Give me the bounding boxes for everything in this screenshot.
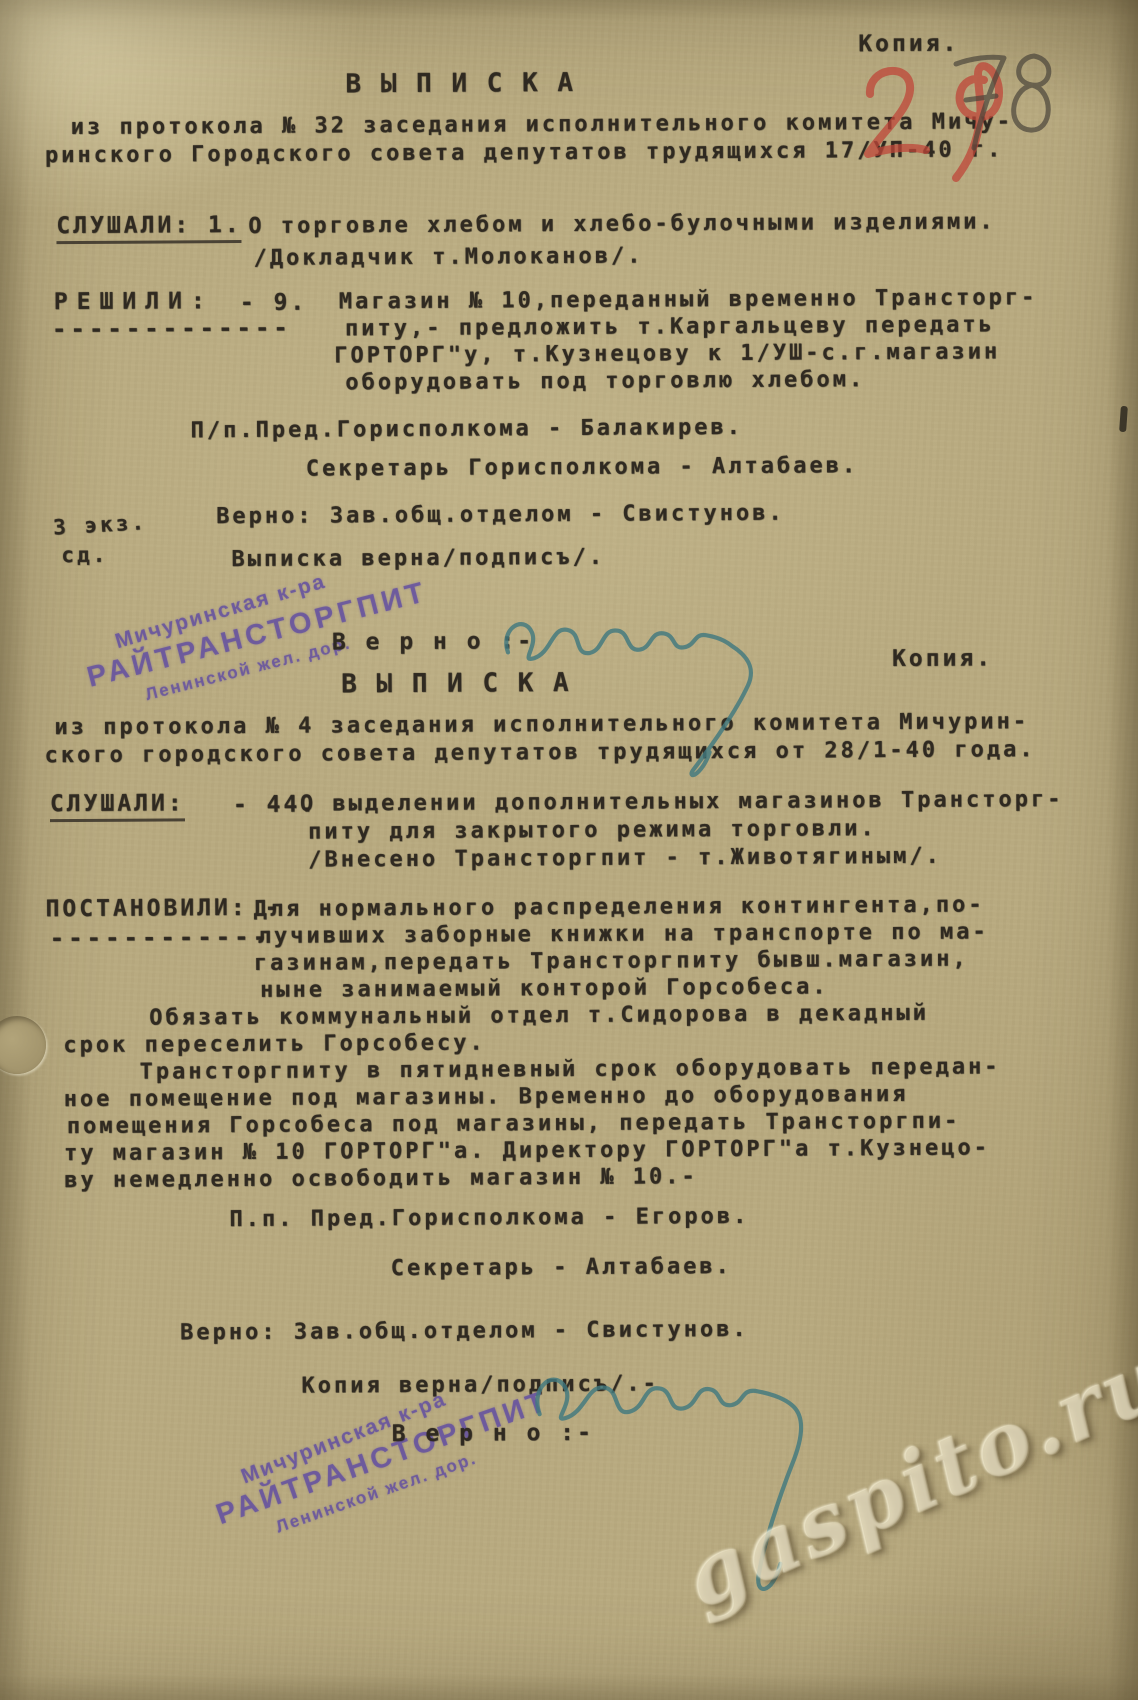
extract1-resolved-line4: оборудовать под торговлю хлебом. — [345, 367, 865, 395]
extract2-resolved-line: ныне занимаемый конторой Горсобеса. — [260, 974, 829, 1002]
extract1-title: В Ы П И С К А — [345, 68, 575, 99]
extract2-resolved-line: Трансторгпиту в пятидневный срок оборудо… — [139, 1054, 1000, 1084]
extract2-signed-by: П.п. Пред.Горисполкома - Егоров. — [229, 1204, 749, 1232]
extract1-resolved-line2: питу,- предложить т.Каргальцеву передать — [345, 312, 995, 341]
extract1-secretary: Секретарь Горисполкома - Алтабаев. — [306, 453, 858, 481]
signature-ink-1 — [494, 611, 785, 788]
extract2-resolved-line: ное помещение под магазины. Временно до … — [64, 1082, 909, 1112]
extract2-resolved-line: газинам,передать Трансторгпиту бывш.мага… — [254, 947, 969, 976]
extract1-verno-line: Верно: Зав.общ.отделом - Свистунов. — [216, 501, 785, 529]
extract2-resolved-line: срок переселить Горсобесу. — [63, 1031, 486, 1059]
extract1-heard-line2: /Докладчик т.Молоканов/. — [253, 244, 643, 271]
extract2-resolved-underline-dashes: ------------ — [50, 923, 272, 952]
extract1-resolved-line1: Магазин № 10,переданный временно Трансто… — [339, 285, 1038, 314]
extract2-resolved-line: помещения Горсобеса под магазины, переда… — [67, 1109, 961, 1139]
extract2-resolved-line: лучивших заборные книжки на транспорте п… — [258, 919, 989, 948]
document-page: Копия. В Ы П И С К А из протокола № 32 з… — [0, 0, 1138, 1700]
extract1-resolved-line3: ГОРТОРГ"у, т.Кузнецову к 1/УШ-с.г.магази… — [334, 339, 1000, 368]
extract2-secretary: Секретарь - Алтабаев. — [391, 1254, 732, 1281]
copy-label-2: Копия. — [892, 645, 993, 672]
extract2-verno-line: Верно: Зав.общ.отделом - Свистунов. — [180, 1317, 749, 1345]
extract2-resolved-line: Обязать коммунальный отдел т.Сидорова в … — [149, 1001, 929, 1031]
extract2-resolved-line: ту магазин № 10 ГОРТОРГ"а. Директору ГОР… — [64, 1135, 990, 1166]
extract2-heard-label: СЛУШАЛИ: — [50, 790, 185, 822]
extract2-heard-line1: О выделении дополнительных магазинов Тра… — [300, 787, 1064, 817]
extract2-heard-line3: /Внесено Трансторгпит - т.Животягиным/. — [308, 844, 942, 873]
extract1-resolved-label: РЕШИЛИ: — [54, 288, 214, 315]
extract1-resolved-underline-dashes: ------------- — [52, 314, 292, 343]
margin-note-sd: сд. — [61, 543, 108, 567]
extract2-resolved-line: Для нормального распределения контингент… — [253, 892, 984, 921]
extract1-heard-label: СЛУШАЛИ: 1. — [56, 212, 242, 244]
extract1-signed-by: П/п.Пред.Горисполкома - Балакирев. — [191, 415, 743, 443]
pencil-page-number-78 — [948, 42, 1058, 160]
extract2-resolved-label: ПОСТАНОВИЛИ: - — [45, 895, 281, 922]
extract1-resolved-number: - 9. — [240, 290, 308, 316]
extract1-heard-line1: О торговле хлебом и хлебо-булочными изде… — [248, 209, 995, 239]
extract2-resolved-line: ву немедленно освободить магазин № 10.- — [64, 1164, 698, 1193]
margin-note-copies: 3 экз. — [53, 510, 148, 539]
extract2-heard-line2: питу для закрытого режима торговли. — [308, 816, 877, 844]
